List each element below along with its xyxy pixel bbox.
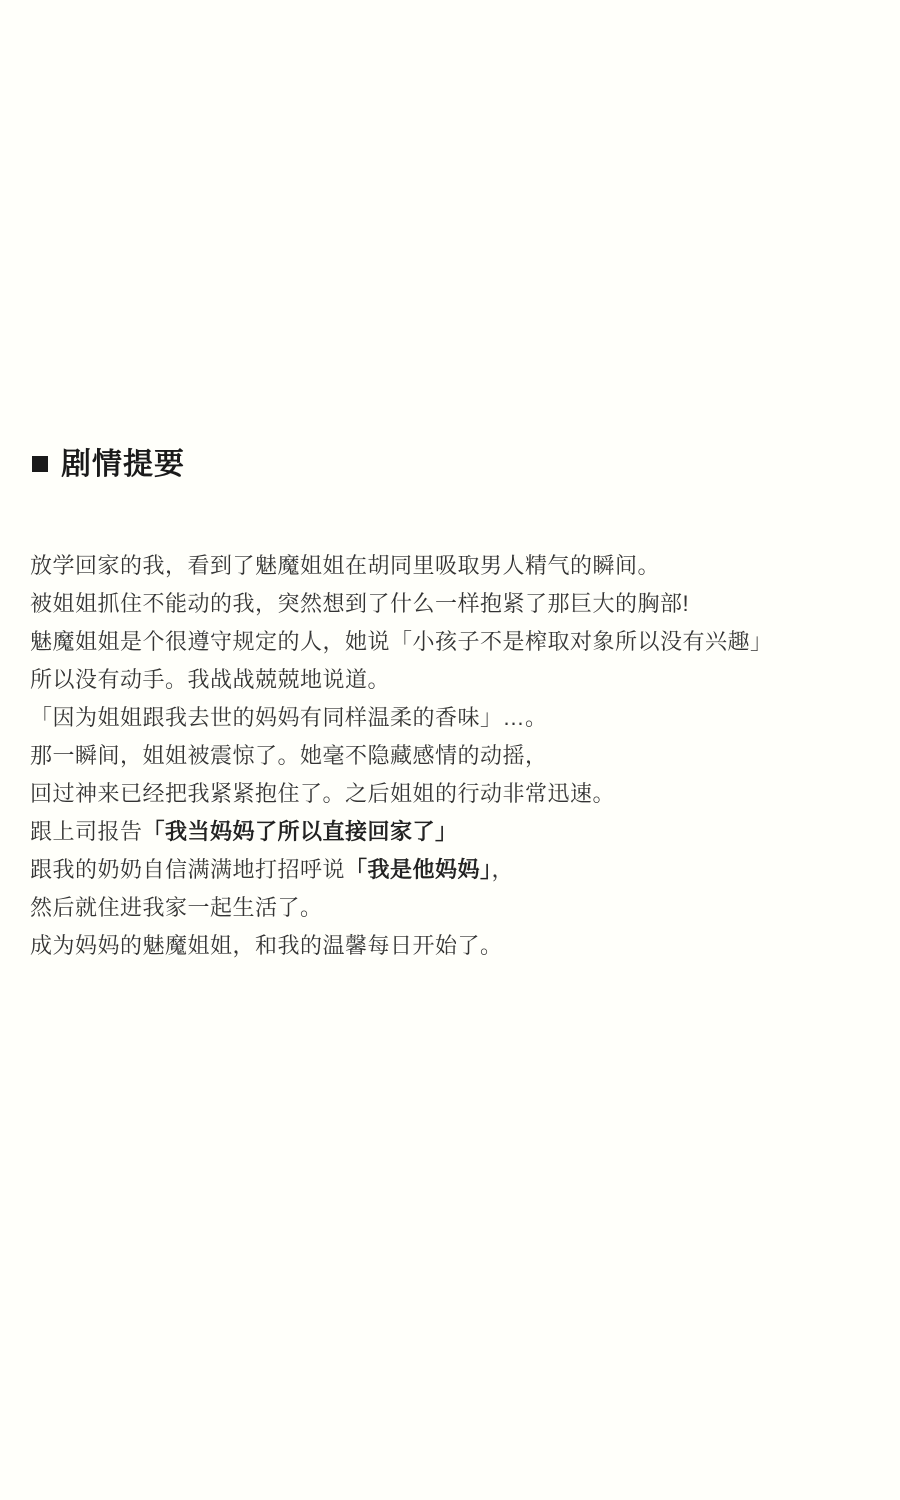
synopsis-segment: 所以没有动手。我战战兢兢地说道。	[30, 667, 390, 692]
synopsis-section-heading: 剧情提要	[32, 448, 185, 480]
synopsis-segment: 「因为姐姐跟我去世的妈妈有同样温柔的香味」…。	[30, 705, 548, 730]
square-bullet-icon	[32, 456, 48, 472]
synopsis-segment: 被姐姐抓住不能动的我，突然想到了什么一样抱紧了那巨大的胸部!	[30, 591, 689, 616]
synopsis-text-block: 放学回家的我，看到了魅魔姐姐在胡同里吸取男人精气的瞬间。被姐姐抓住不能动的我，突…	[30, 547, 850, 965]
synopsis-segment: 然后就住进我家一起生活了。	[30, 895, 323, 920]
synopsis-segment-bold: 「我当妈妈了所以直接回家了」	[143, 819, 458, 844]
synopsis-line: 成为妈妈的魅魔姐姐，和我的温馨每日开始了。	[30, 927, 850, 965]
synopsis-line: 跟我的奶奶自信满满地打招呼说「我是他妈妈」，	[30, 851, 850, 889]
synopsis-segment: 回过神来已经把我紧紧抱住了。之后姐姐的行动非常迅速。	[30, 781, 615, 806]
synopsis-segment: 成为妈妈的魅魔姐姐，和我的温馨每日开始了。	[30, 933, 503, 958]
synopsis-segment: 跟我的奶奶自信满满地打招呼说	[30, 857, 345, 882]
synopsis-line: 所以没有动手。我战战兢兢地说道。	[30, 661, 850, 699]
synopsis-line: 被姐姐抓住不能动的我，突然想到了什么一样抱紧了那巨大的胸部!	[30, 585, 850, 623]
synopsis-line: 「因为姐姐跟我去世的妈妈有同样温柔的香味」…。	[30, 699, 850, 737]
section-title: 剧情提要	[61, 448, 185, 480]
synopsis-segment: 跟上司报告	[30, 819, 143, 844]
synopsis-line: 那一瞬间，姐姐被震惊了。她毫不隐藏感情的动摇，	[30, 737, 850, 775]
synopsis-segment: 那一瞬间，姐姐被震惊了。她毫不隐藏感情的动摇，	[30, 743, 548, 768]
synopsis-segment: 放学回家的我，看到了魅魔姐姐在胡同里吸取男人精气的瞬间。	[30, 553, 660, 578]
synopsis-line: 魅魔姐姐是个很遵守规定的人，她说「小孩子不是榨取对象所以没有兴趣」	[30, 623, 850, 661]
synopsis-line: 跟上司报告「我当妈妈了所以直接回家了」	[30, 813, 850, 851]
synopsis-line: 然后就住进我家一起生活了。	[30, 889, 850, 927]
synopsis-line: 回过神来已经把我紧紧抱住了。之后姐姐的行动非常迅速。	[30, 775, 850, 813]
synopsis-line: 放学回家的我，看到了魅魔姐姐在胡同里吸取男人精气的瞬间。	[30, 547, 850, 585]
synopsis-segment: 魅魔姐姐是个很遵守规定的人，她说「小孩子不是榨取对象所以没有兴趣」	[30, 629, 773, 654]
synopsis-segment-bold: 「我是他妈妈」	[345, 857, 492, 882]
synopsis-segment: ，	[492, 857, 515, 882]
